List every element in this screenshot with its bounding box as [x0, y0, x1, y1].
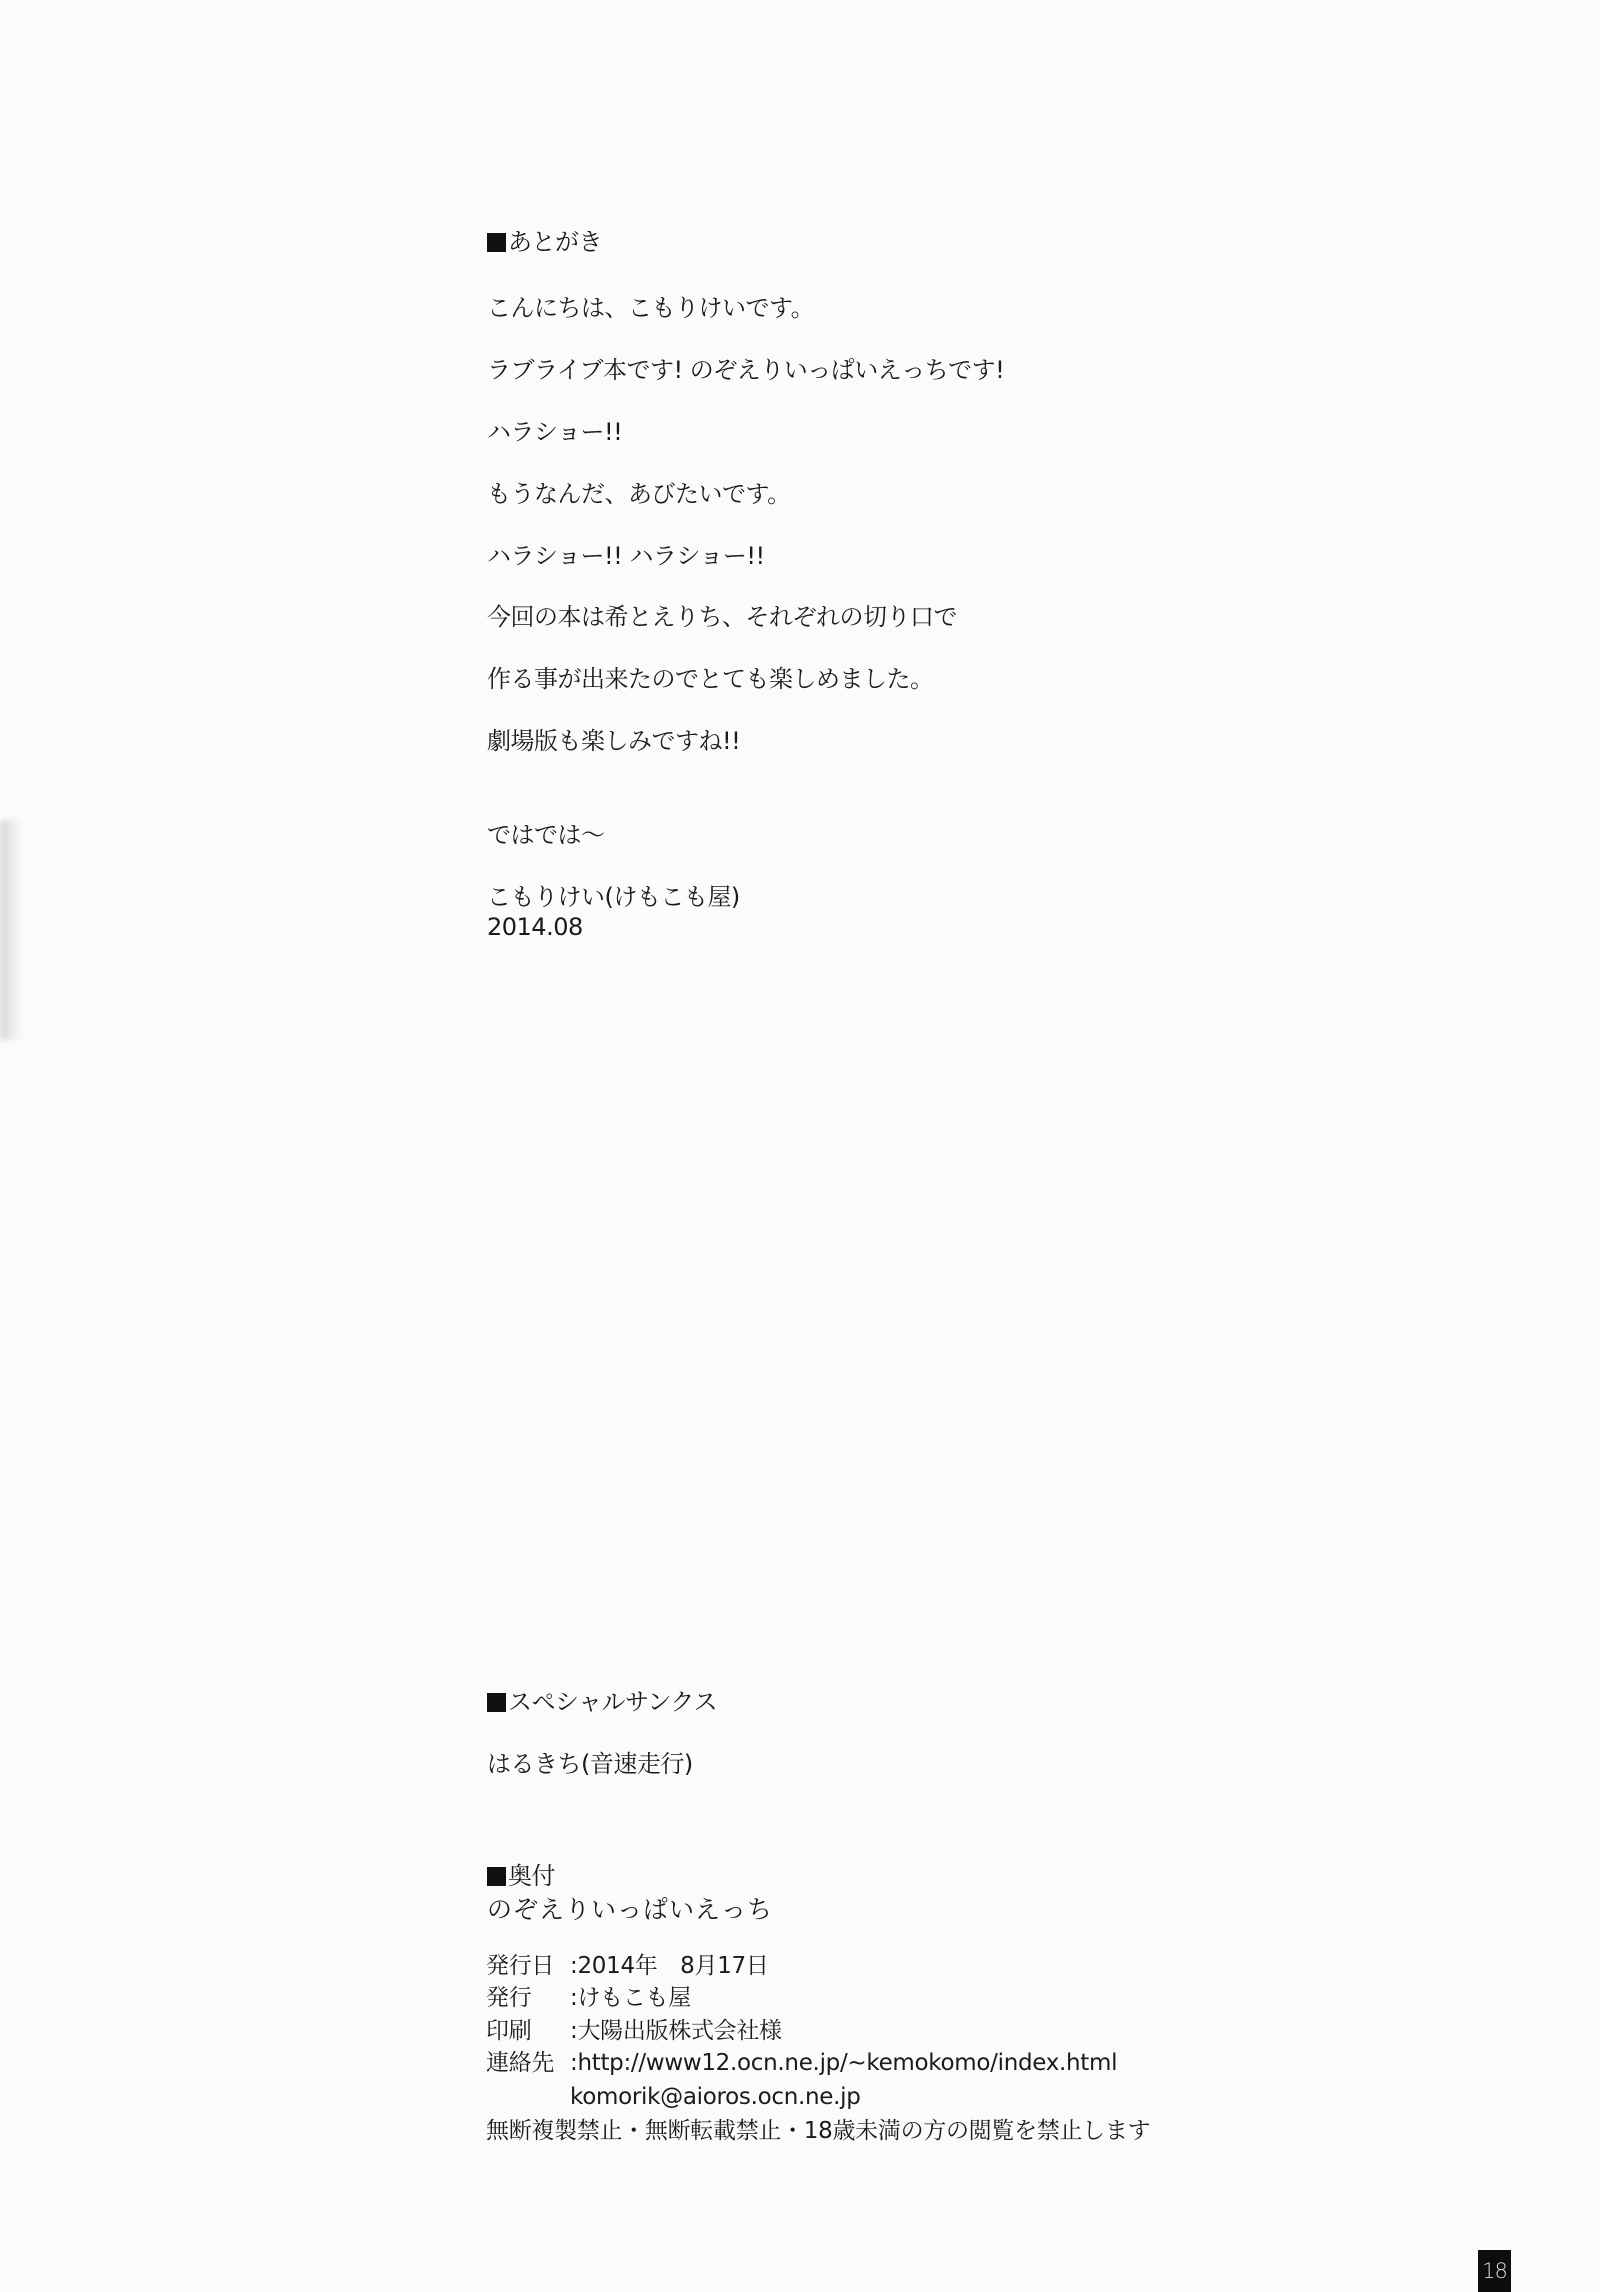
colophon-value: :2014年 8月17日 [570, 1951, 769, 1981]
colophon-heading: 奥付 [487, 1861, 555, 1891]
colophon-row-issue-date: 発行日 :2014年 8月17日 [486, 1951, 769, 1981]
special-thanks-name: はるきち(音速走行) [487, 1749, 693, 1779]
colophon-row-contact: 連絡先 :http://www12.ocn.ne.jp/~kemokomo/in… [486, 2048, 1117, 2078]
special-thanks-heading-text: スペシャルサンクス [508, 1688, 717, 1716]
afterword-paragraph: ラブライブ本です! のぞえりいっぱいえっちです! [487, 355, 1004, 385]
colophon-value: :けもこも屋 [570, 1983, 691, 2013]
colophon-notice-text: 無断複製禁止・無断転載禁止・18歳未満の方の閲覧を禁止します [486, 2116, 1150, 2146]
colophon-label: 印刷 [486, 2016, 570, 2046]
colophon-label: 連絡先 [486, 2048, 570, 2078]
afterword-heading: あとがき [487, 227, 602, 257]
square-bullet-icon [487, 233, 506, 252]
afterword-paragraph: 劇場版も楽しみですね!! [487, 726, 740, 756]
colophon-notice: 無断複製禁止・無断転載禁止・18歳未満の方の閲覧を禁止します [486, 2116, 1150, 2146]
afterword-paragraph: 今回の本は希とえりち、それぞれの切り口で [487, 602, 957, 632]
square-bullet-icon [487, 1693, 506, 1712]
afterword-paragraph: もうなんだ、あびたいです。 [487, 479, 791, 509]
colophon-value: :大陽出版株式会社様 [570, 2016, 782, 2046]
page-number: 18 [1478, 2250, 1511, 2292]
colophon-row-email: komorik@aioros.ocn.ne.jp [486, 2082, 861, 2112]
afterword-date: 2014.08 [487, 912, 583, 942]
colophon-contact-email: komorik@aioros.ocn.ne.jp [570, 2082, 861, 2112]
binding-shadow [0, 820, 22, 1040]
afterword-paragraph: ハラショー!! [487, 417, 622, 447]
colophon-label [486, 2082, 570, 2112]
colophon-label: 発行 [486, 1983, 570, 2013]
square-bullet-icon [487, 1867, 506, 1886]
afterword-signature: こもりけい(けもこも屋) [487, 882, 740, 912]
colophon-title: のぞえりいっぱいえっち [487, 1895, 773, 1925]
afterword-paragraph: 作る事が出来たのでとても楽しめました。 [487, 664, 934, 694]
colophon-row-printer: 印刷 :大陽出版株式会社様 [486, 2016, 782, 2046]
special-thanks-heading: スペシャルサンクス [487, 1687, 717, 1717]
afterword-paragraph: ハラショー!! ハラショー!! [487, 541, 765, 571]
afterword-closing: ではでは〜 [487, 820, 605, 850]
colophon-row-publisher: 発行 :けもこも屋 [486, 1983, 691, 2013]
colophon-label: 発行日 [486, 1951, 570, 1981]
colophon-contact-url: :http://www12.ocn.ne.jp/~kemokomo/index.… [570, 2048, 1117, 2078]
afterword-paragraph: こんにちは、こもりけいです。 [487, 293, 814, 323]
afterword-heading-text: あとがき [508, 228, 602, 256]
colophon-heading-text: 奥付 [508, 1862, 555, 1890]
